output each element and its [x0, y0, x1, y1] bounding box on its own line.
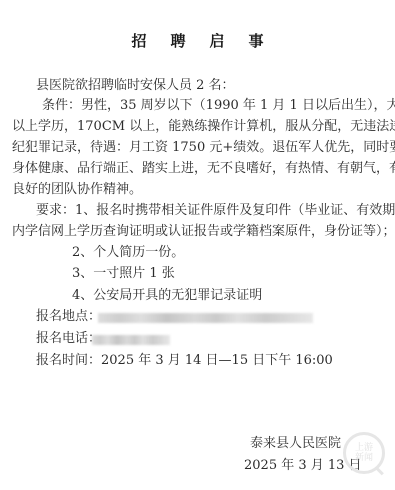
document-title: 招聘启事	[0, 30, 395, 51]
watermark-text: 新闻	[355, 453, 373, 463]
intro-line: 县医院欲招聘临时安保人员 2 名：	[36, 78, 235, 94]
conditions-line: 以上学历，170CM 以上，能熟练操作计算机，服从分配，无违法违	[12, 119, 395, 135]
requirements-item: 4、公安局开具的无犯罪记录证明	[72, 288, 262, 304]
registration-time: 报名时间：2025 年 3 月 14 日—15 日下午 16:00	[36, 353, 333, 369]
watermark-logo: 上游 新闻	[343, 432, 385, 474]
requirements-item: 3、一寸照片 1 张	[72, 266, 175, 282]
requirements-item: 2、个人简历一份。	[72, 245, 184, 261]
title-char: 聘	[170, 30, 185, 51]
signature-organization: 泰来县人民医院	[250, 436, 341, 452]
conditions-line: 纪犯罪记录，待遇：月工资 1750 元+绩效。退伍军人优先，同时要求	[12, 140, 395, 156]
requirements-line: 要求：1、报名时携带相关证件原件及复印件（毕业证、有效期	[36, 203, 395, 219]
watermark-text: 上游	[355, 443, 373, 453]
title-char: 启	[210, 30, 225, 51]
conditions-line: 良好的团队协作精神。	[12, 182, 142, 198]
title-char: 事	[249, 30, 264, 51]
conditions-line: 身体健康、品行端正、踏实上进，无不良嗜好，有热情、有朝气，有	[12, 161, 395, 177]
recruitment-notice-document: 招聘启事 县医院欲招聘临时安保人员 2 名： 条件：男性，35 周岁以下（199…	[0, 0, 395, 490]
title-char: 招	[131, 30, 146, 51]
requirements-line: 内学信网上学历查询证明或认证报告或学籍档案原件，身份证等）；	[12, 224, 395, 240]
redacted-location	[98, 313, 313, 323]
redacted-phone	[92, 335, 170, 345]
conditions-line: 条件：男性，35 周岁以下（1990 年 1 月 1 日以后出生），大专	[42, 98, 395, 114]
registration-location-label: 报名地点：	[36, 309, 101, 325]
